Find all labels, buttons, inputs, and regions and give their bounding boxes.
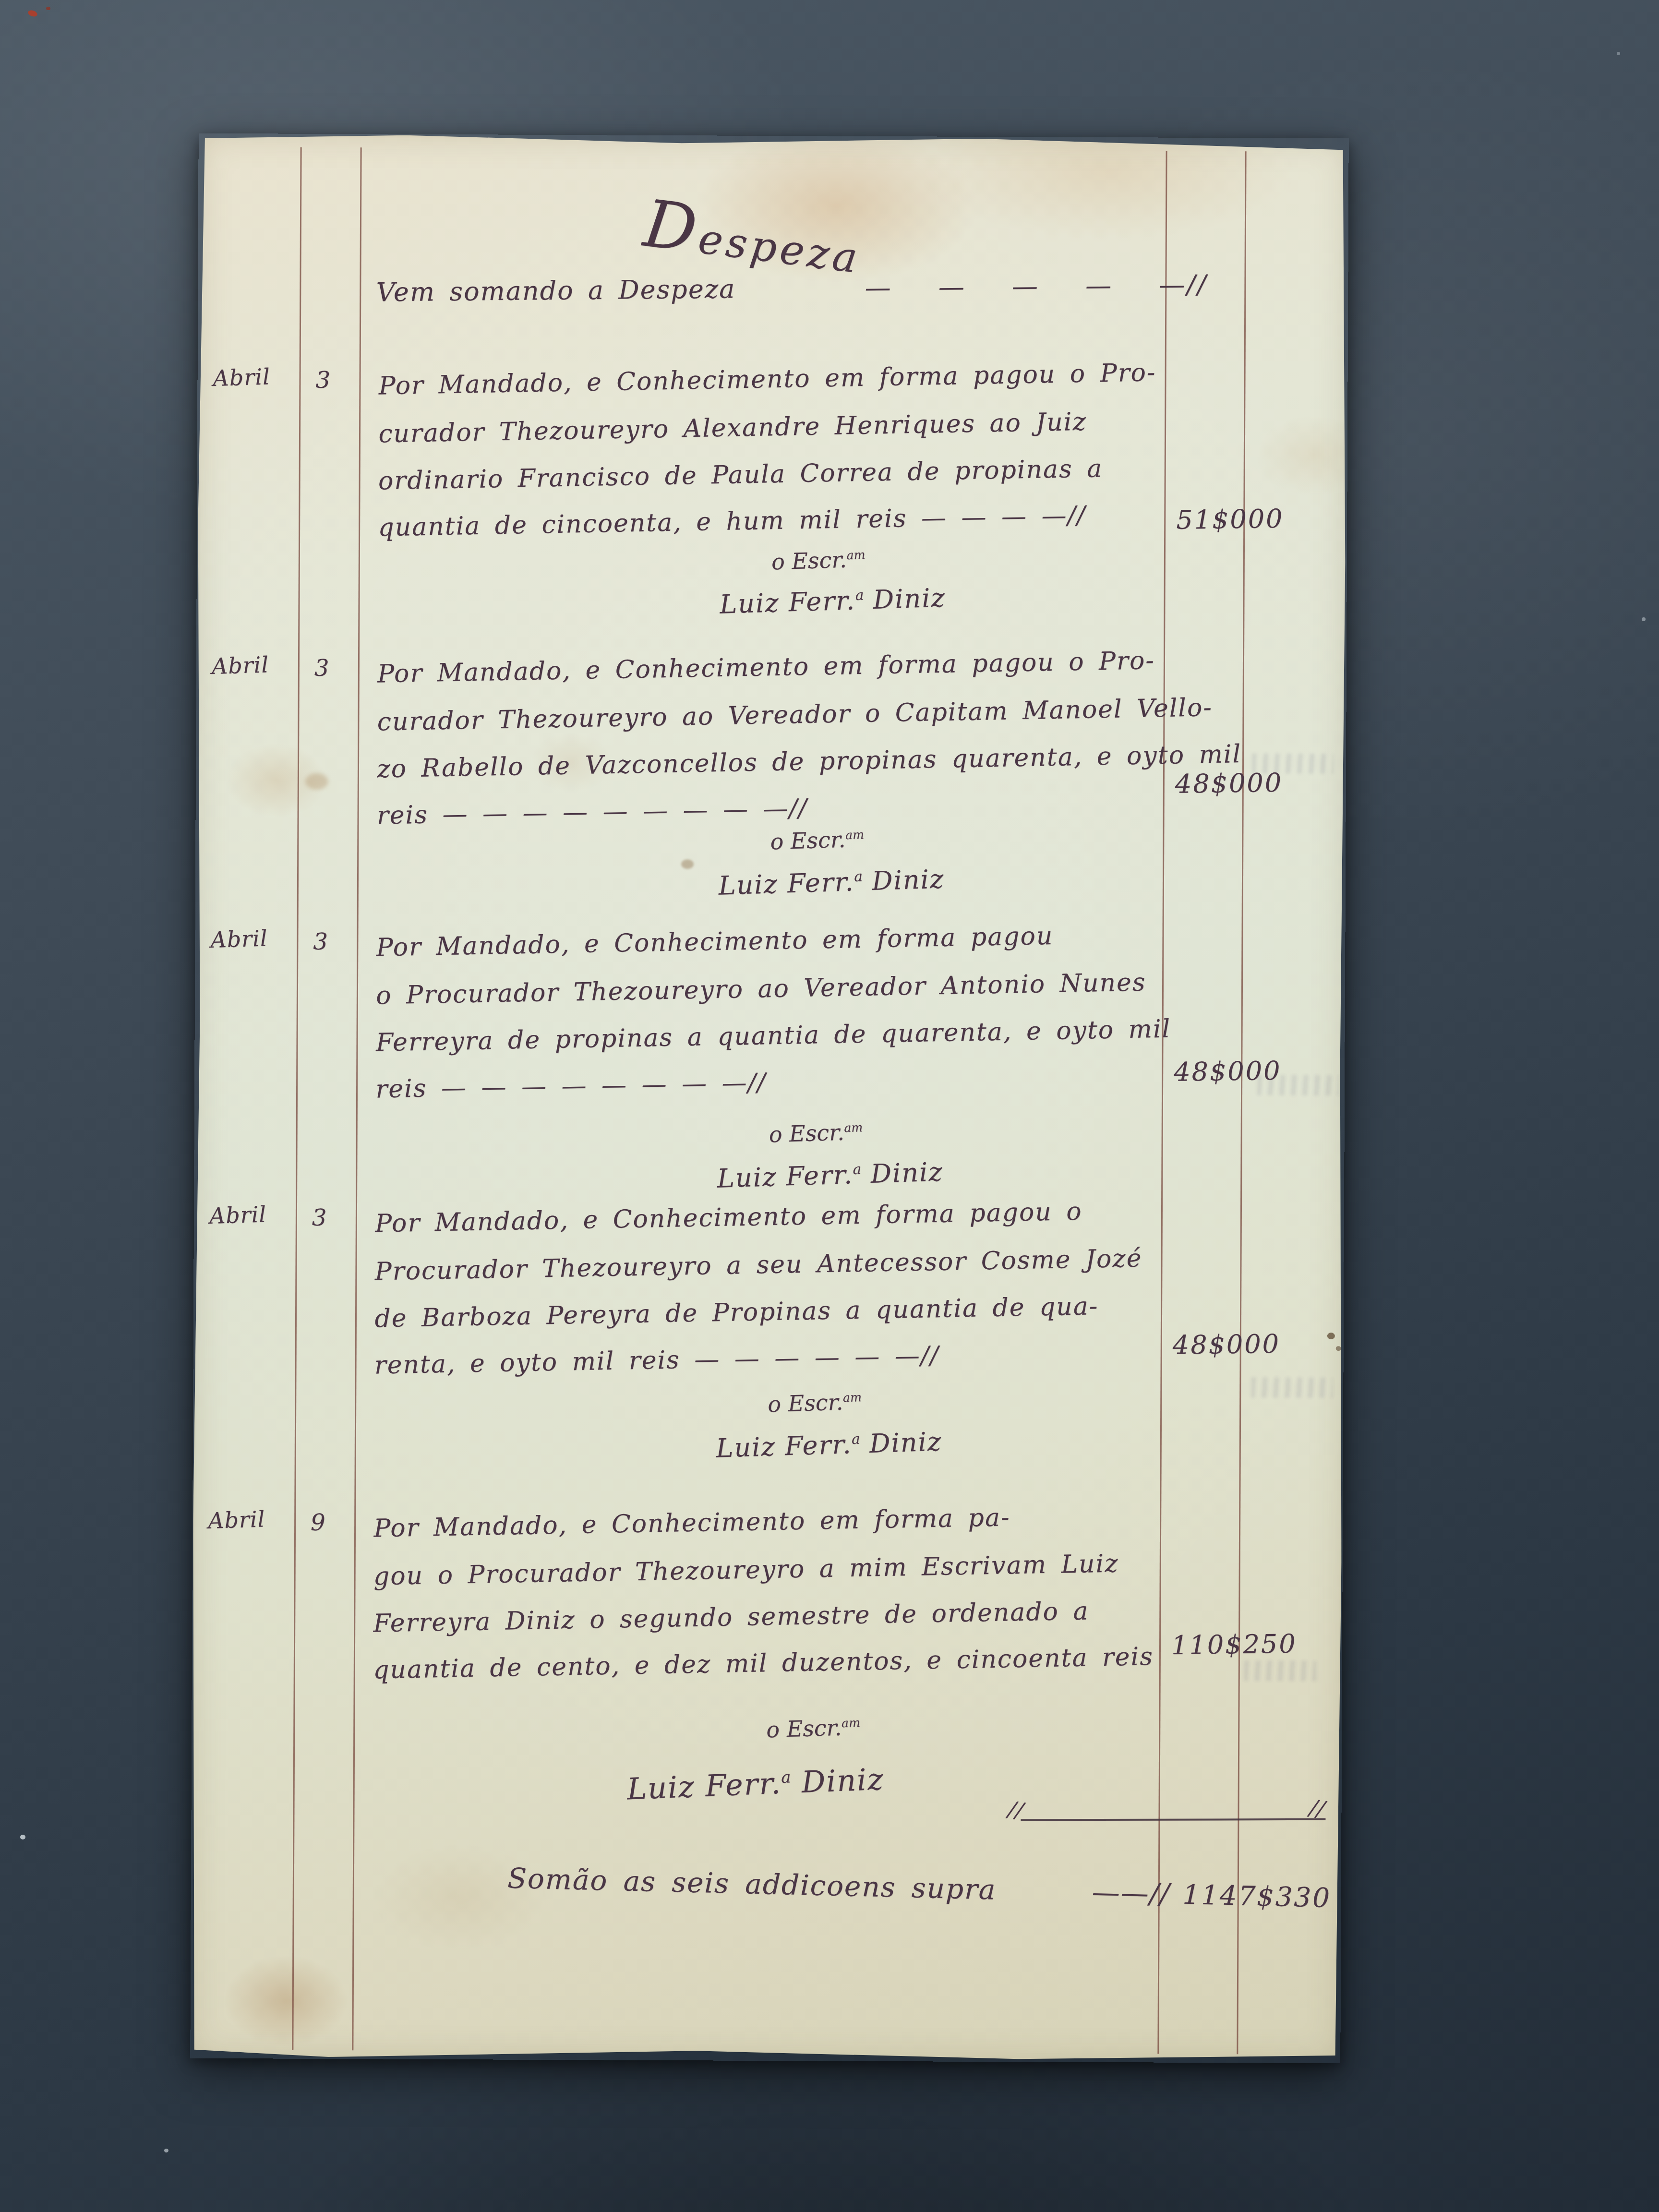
total-line: Somão as seis addicoens supra ——// 1147$… (507, 1862, 1331, 1914)
ledger-entry: Abril 3 Por Mandado, e Conhecimento em f… (199, 133, 1349, 138)
scribe-signature: Luiz Ferr.a Diniz (663, 862, 1000, 902)
entry-text-line: Por Mandado, e Conhecimento em forma pag… (376, 922, 1054, 962)
entry-text-line: Por Mandado, e Conhecimento em forma pag… (377, 646, 1155, 688)
carry-forward-line: Vem somando a Despeza — — — — —// 842$08… (376, 268, 1338, 307)
entry-day: 9 (311, 1509, 325, 1536)
dust-speck (1617, 52, 1620, 55)
entry-text-line: de Barboza Pereyra de Propinas a quantia… (374, 1292, 1099, 1333)
entry-amount: 48$000 (1174, 1056, 1282, 1087)
scribe-signature: Luiz Ferr.a Diniz (556, 1759, 955, 1810)
entry-text-line: curador Thezoureyro Alexandre Henriques … (378, 408, 1087, 449)
entry-text-line: reis — — — — — — — —// (375, 1068, 767, 1104)
entry-day: 3 (315, 367, 330, 394)
stain (305, 773, 328, 790)
scribe-role: o Escr.am (714, 824, 921, 856)
ledger-entry: Abril 9 Por Mandado, e Conhecimento em f… (199, 133, 1349, 138)
entry-text-line: Procurador Thezoureyro a seu Antecessor … (374, 1244, 1142, 1286)
scribe-signature: Luiz Ferr.a Diniz (661, 1425, 998, 1465)
entry-text-line: gou o Procurador Thezoureyro a mim Escri… (373, 1549, 1119, 1591)
entry-amount: 110$250 (1171, 1629, 1297, 1660)
entry-text-line: renta, e oyto mil reis — — — — — —// (374, 1341, 939, 1380)
fill-dashes: ——// (996, 1874, 1171, 1911)
dust-speck (46, 7, 50, 10)
entry-text-line: Por Mandado, e Conhecimento em forma pag… (375, 1197, 1082, 1238)
dust-speck (1642, 617, 1646, 621)
ledger-entry: Abril 3 Por Mandado, e Conhecimento em f… (199, 133, 1349, 138)
scribe-role: o Escr.am (711, 1387, 918, 1419)
paper-sheet: Despeza Vem somando a Despeza — — — — —/… (190, 133, 1348, 2063)
ink-bleed-mark (1251, 1377, 1333, 1398)
photo-backdrop: Despeza Vem somando a Despeza — — — — —/… (0, 0, 1659, 2212)
amount-column-rule-right (1237, 151, 1246, 2054)
entry-text-line: quantia de cento, e dez mil duzentos, e … (373, 1642, 1154, 1684)
ledger-entry: Abril 3 Por Mandado, e Conhecimento em f… (199, 133, 1349, 138)
scribe-signature: Luiz Ferr.a Diniz (662, 1155, 999, 1195)
dust-speck (27, 9, 38, 18)
date-column-rule-right (352, 147, 361, 2050)
total-amount: 1147$330 (1182, 1879, 1331, 1914)
date-column-rule-left (292, 147, 301, 2050)
entry-amount: 48$000 (1175, 768, 1283, 799)
entry-text-line: curador Thezoureyro ao Vereador o Capita… (377, 693, 1213, 736)
ink-spot (1336, 1346, 1341, 1351)
entry-month: Abril (213, 363, 271, 391)
entry-text-line: quantia de cincoenta, e hum mil reis — —… (378, 501, 1086, 542)
entry-text-line: Ferreyra de propinas a quantia de quaren… (375, 1015, 1171, 1058)
scribe-signature: Luiz Ferr.a Diniz (664, 581, 1001, 621)
entry-text-line: o Procurador Thezoureyro ao Vereador Ant… (376, 968, 1146, 1010)
entry-month: Abril (207, 1506, 265, 1534)
scribe-role: o Escr.am (712, 1117, 919, 1149)
dust-speck (20, 1835, 25, 1839)
entry-month: Abril (211, 651, 269, 679)
entry-amount: 48$000 (1172, 1329, 1280, 1360)
ink-bleed-mark (1244, 1660, 1316, 1681)
entry-day: 3 (313, 928, 328, 955)
dust-speck (164, 2149, 168, 2152)
scribe-role: o Escr.am (710, 1712, 917, 1744)
entry-text-line: Ferreyra Diniz o segundo semestre de ord… (373, 1597, 1089, 1638)
scribe-role: o Escr.am (715, 544, 922, 577)
carry-amount: 842$080 (1355, 265, 1481, 299)
total-label: Somão as seis addicoens supra (507, 1862, 997, 1906)
addition-rule-line (1021, 1818, 1325, 1821)
stain (681, 859, 694, 869)
entry-amount: 51$000 (1176, 504, 1284, 535)
entry-text-line: zo Rabello de Vazconcellos de propinas q… (377, 740, 1242, 783)
entry-text-line: Por Mandado, e Conhecimento em forma pag… (378, 358, 1156, 400)
entry-text-line: ordinario Francisco de Paula Correa de p… (378, 454, 1103, 495)
ledger-entry: Abril 3 Por Mandado, e Conhecimento em f… (199, 133, 1349, 138)
entry-day: 3 (312, 1204, 327, 1231)
manuscript-page: Despeza Vem somando a Despeza — — — — —/… (190, 133, 1348, 2063)
carry-label: Vem somando a Despeza (376, 274, 736, 307)
fill-dashes: — — — — —// (735, 268, 1337, 304)
entry-month: Abril (210, 925, 268, 953)
entry-text-line: Por Mandado, e Conhecimento em forma pa- (373, 1503, 1010, 1543)
ink-spot (1327, 1333, 1335, 1339)
entry-day: 3 (314, 655, 329, 682)
amount-column-rule-left (1157, 151, 1167, 2054)
entry-month: Abril (209, 1201, 267, 1229)
entry-text-line: reis — — — — — — — — —// (376, 794, 808, 830)
